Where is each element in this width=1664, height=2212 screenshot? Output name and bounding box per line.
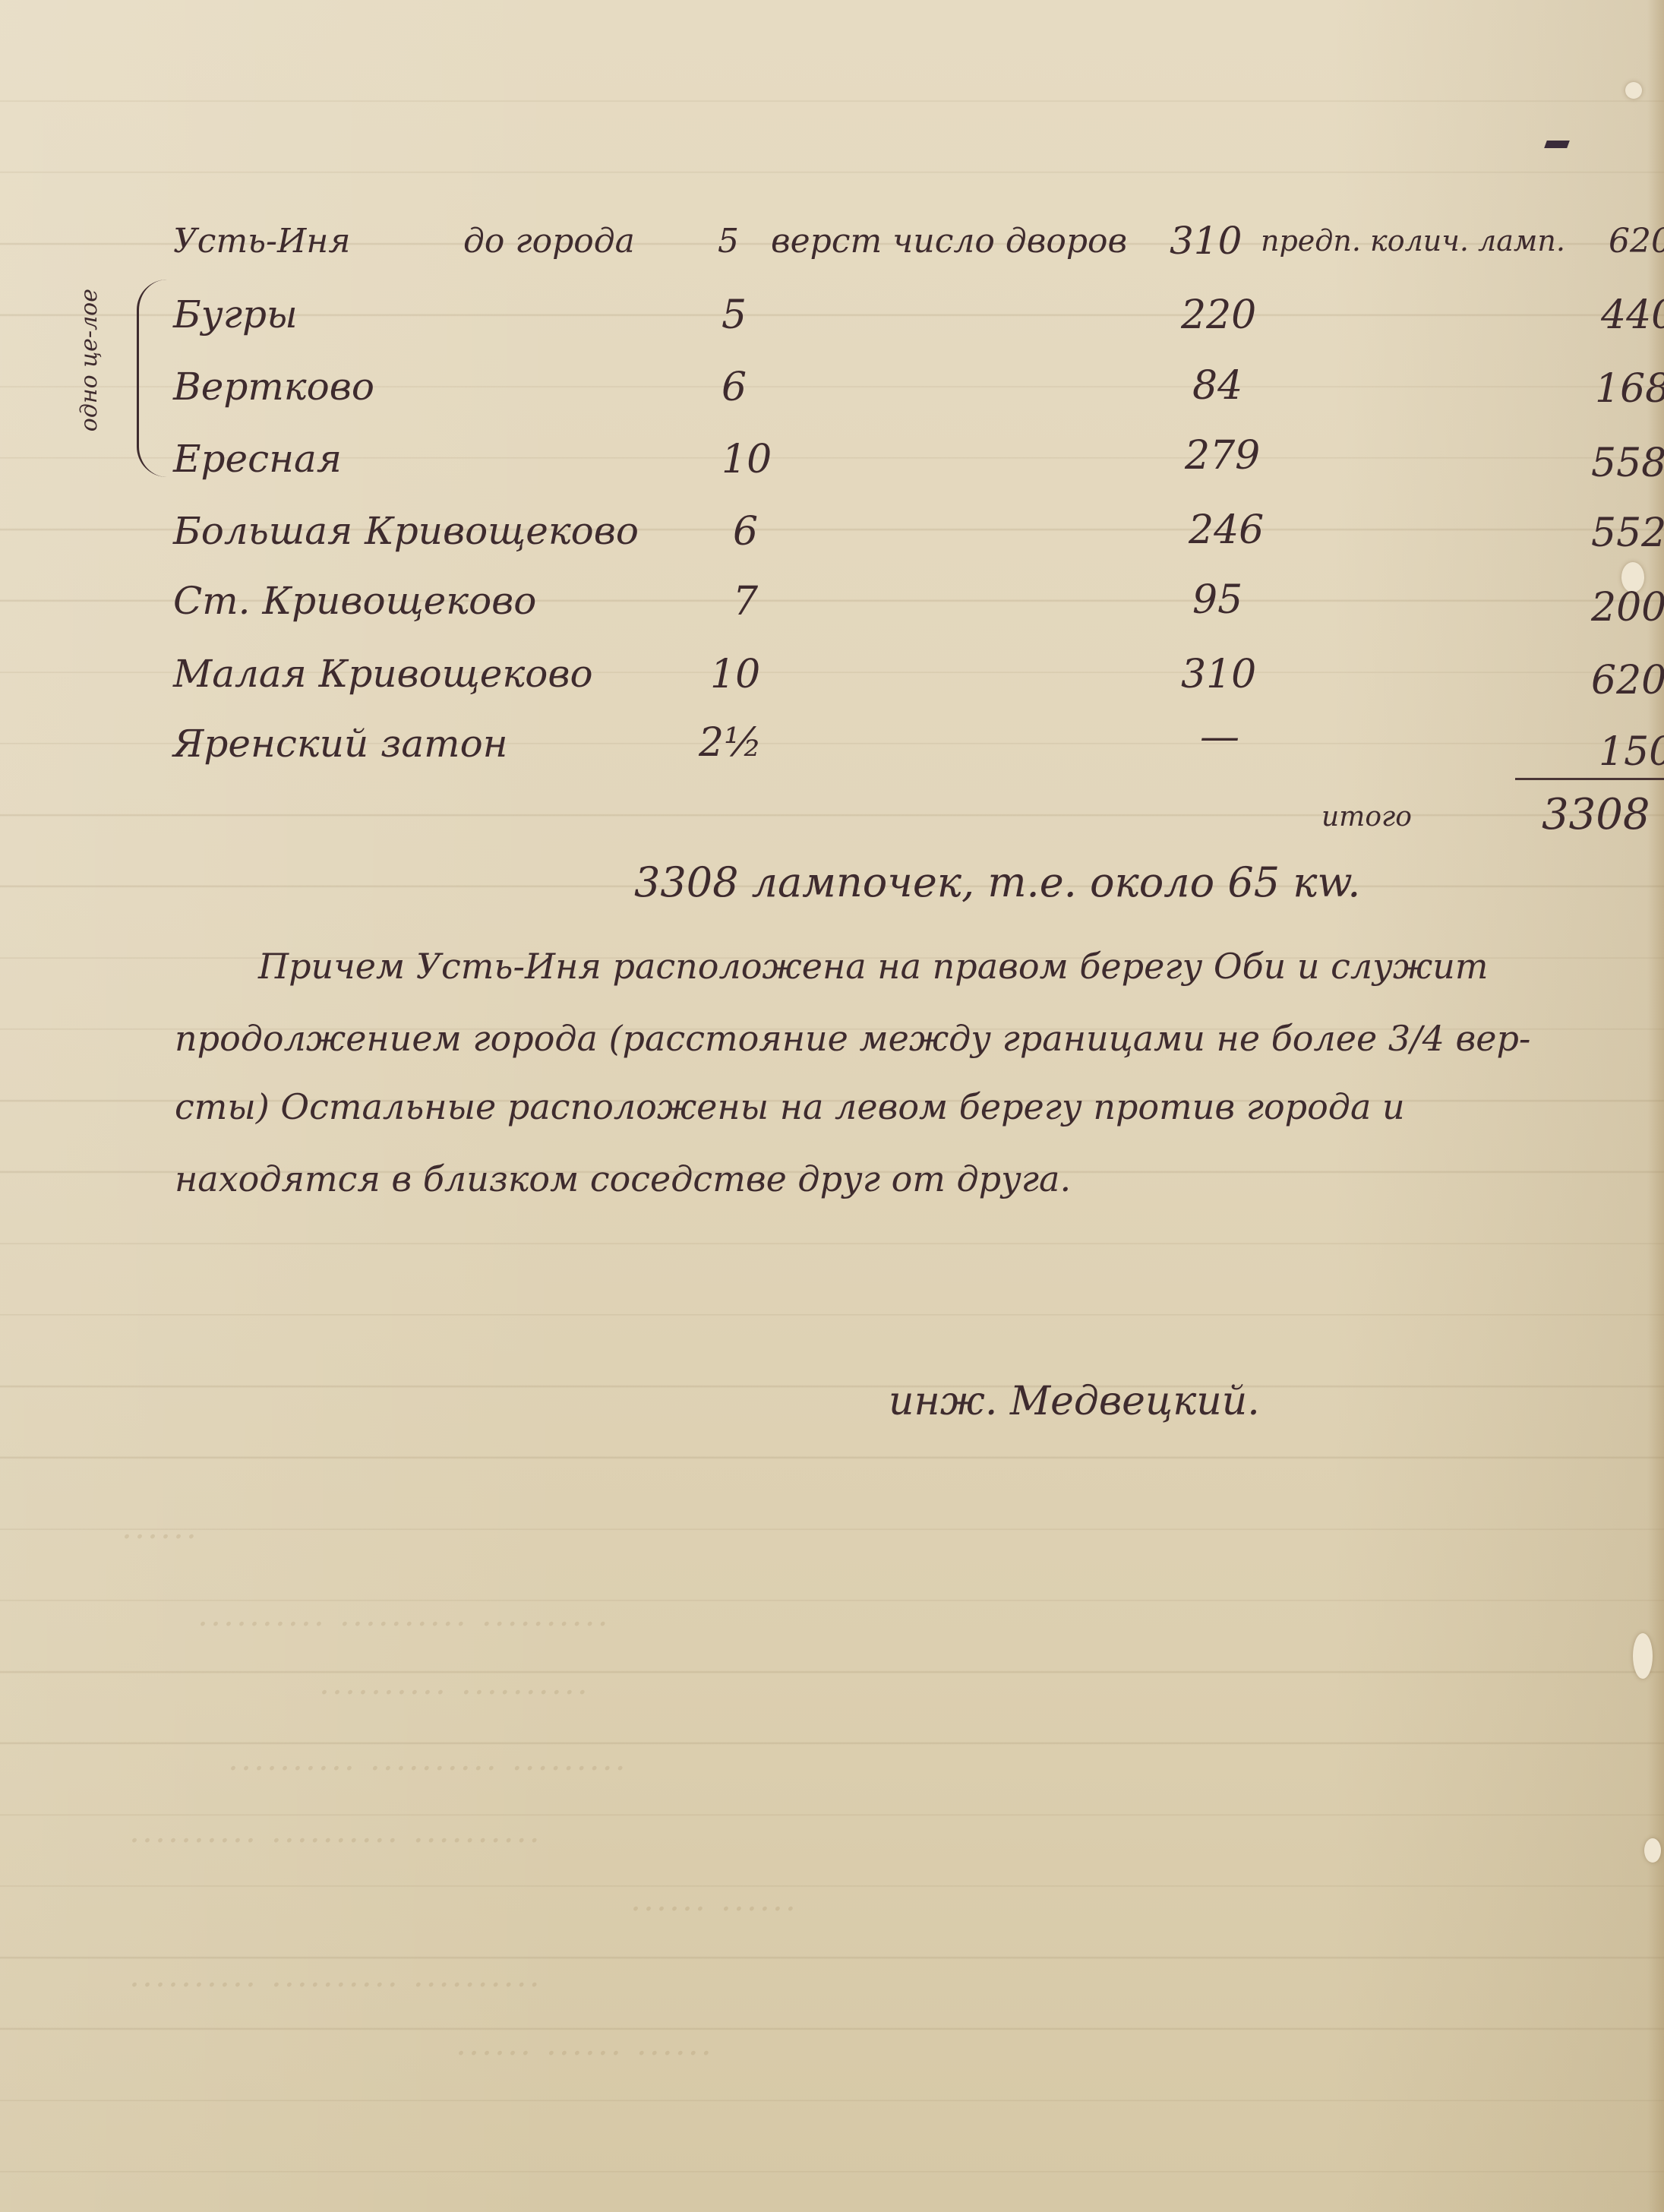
- total-rule: [1515, 778, 1664, 780]
- row-name: Ересная: [173, 437, 342, 481]
- row-versts: 2½: [699, 720, 762, 766]
- bleed-through-text: ...... ...... ......: [456, 2024, 714, 2063]
- document-page: Усть-Иня до города 5 верст число дворов …: [0, 0, 1664, 2212]
- header-lamps: 620: [1609, 222, 1664, 261]
- corner-ink-mark: [1544, 141, 1570, 148]
- row-versts: 7: [733, 579, 758, 624]
- paper-damage-spot: [1625, 82, 1642, 99]
- row-versts: 10: [721, 437, 772, 482]
- row-versts: 10: [710, 652, 760, 697]
- row-households: —: [1200, 714, 1239, 760]
- paragraph-line: Причем Усть-Иня расположена на правом бе…: [258, 946, 1664, 987]
- bleed-through-text: .......... .......... ..........: [129, 1956, 542, 1995]
- paper-damage-spot: [1633, 1633, 1653, 1679]
- header-distance: 5: [718, 222, 739, 261]
- header-distance-unit: верст: [771, 222, 882, 261]
- summary-line: 3308 лампочек, т.е. около 65 кw.: [634, 858, 1360, 906]
- row-lamps: 168: [1595, 366, 1664, 412]
- bracket-brace: [137, 280, 169, 477]
- row-households: 95: [1192, 577, 1242, 623]
- row-versts: 6: [721, 365, 747, 410]
- row-households: 310: [1181, 652, 1256, 697]
- bleed-through-text: .......... .......... .........: [228, 1740, 628, 1778]
- header-lamps-label: предп. колич. ламп.: [1261, 224, 1565, 258]
- bleed-through-text: .......... .......... ..........: [197, 1595, 611, 1634]
- header-households-label: число дворов: [892, 222, 1127, 261]
- paragraph-line: сты) Остальные расположены на левом бере…: [175, 1086, 1648, 1127]
- header-to-city-label: до города: [463, 222, 635, 261]
- row-name: Ст. Кривощеково: [173, 579, 536, 623]
- paragraph-line: находятся в близком соседстве друг от др…: [175, 1158, 1648, 1199]
- row-name: Большая Кривощеково: [173, 509, 639, 553]
- total-value: 3308: [1542, 790, 1650, 839]
- signature: инж. Медвецкий.: [889, 1379, 1260, 1424]
- row-lamps: 200: [1591, 585, 1664, 630]
- total-label: итого: [1321, 801, 1412, 833]
- margin-note: одно це-лое: [74, 289, 105, 431]
- row-name: Малая Кривощеково: [173, 652, 593, 696]
- header-households: 310: [1170, 219, 1242, 263]
- row-households: 279: [1185, 433, 1260, 479]
- paragraph-line: продолжением города (расстояние между гр…: [175, 1018, 1648, 1059]
- row-name: Яренский затон: [173, 722, 508, 766]
- row-lamps: 552: [1591, 510, 1664, 556]
- bleed-through-text: .......... .......... ..........: [129, 1812, 542, 1850]
- bleed-through-text: ......: [122, 1508, 199, 1547]
- row-lamps: 440: [1601, 292, 1664, 338]
- row-name: Вертково: [173, 365, 374, 409]
- bleed-through-text: .......... ..........: [319, 1664, 590, 1702]
- bleed-through-text: ...... ......: [630, 1880, 798, 1919]
- row-households: 220: [1181, 292, 1256, 338]
- row-versts: 6: [733, 509, 758, 555]
- row-name: Бугры: [173, 292, 298, 337]
- row-households: 84: [1192, 363, 1242, 409]
- paper-damage-spot: [1644, 1838, 1661, 1863]
- row-lamps: 150: [1599, 729, 1664, 775]
- header-place: Усть-Иня: [173, 222, 350, 261]
- row-lamps: 620: [1591, 658, 1664, 703]
- row-versts: 5: [721, 292, 747, 338]
- row-lamps: 558: [1591, 441, 1664, 486]
- row-households: 246: [1189, 507, 1264, 553]
